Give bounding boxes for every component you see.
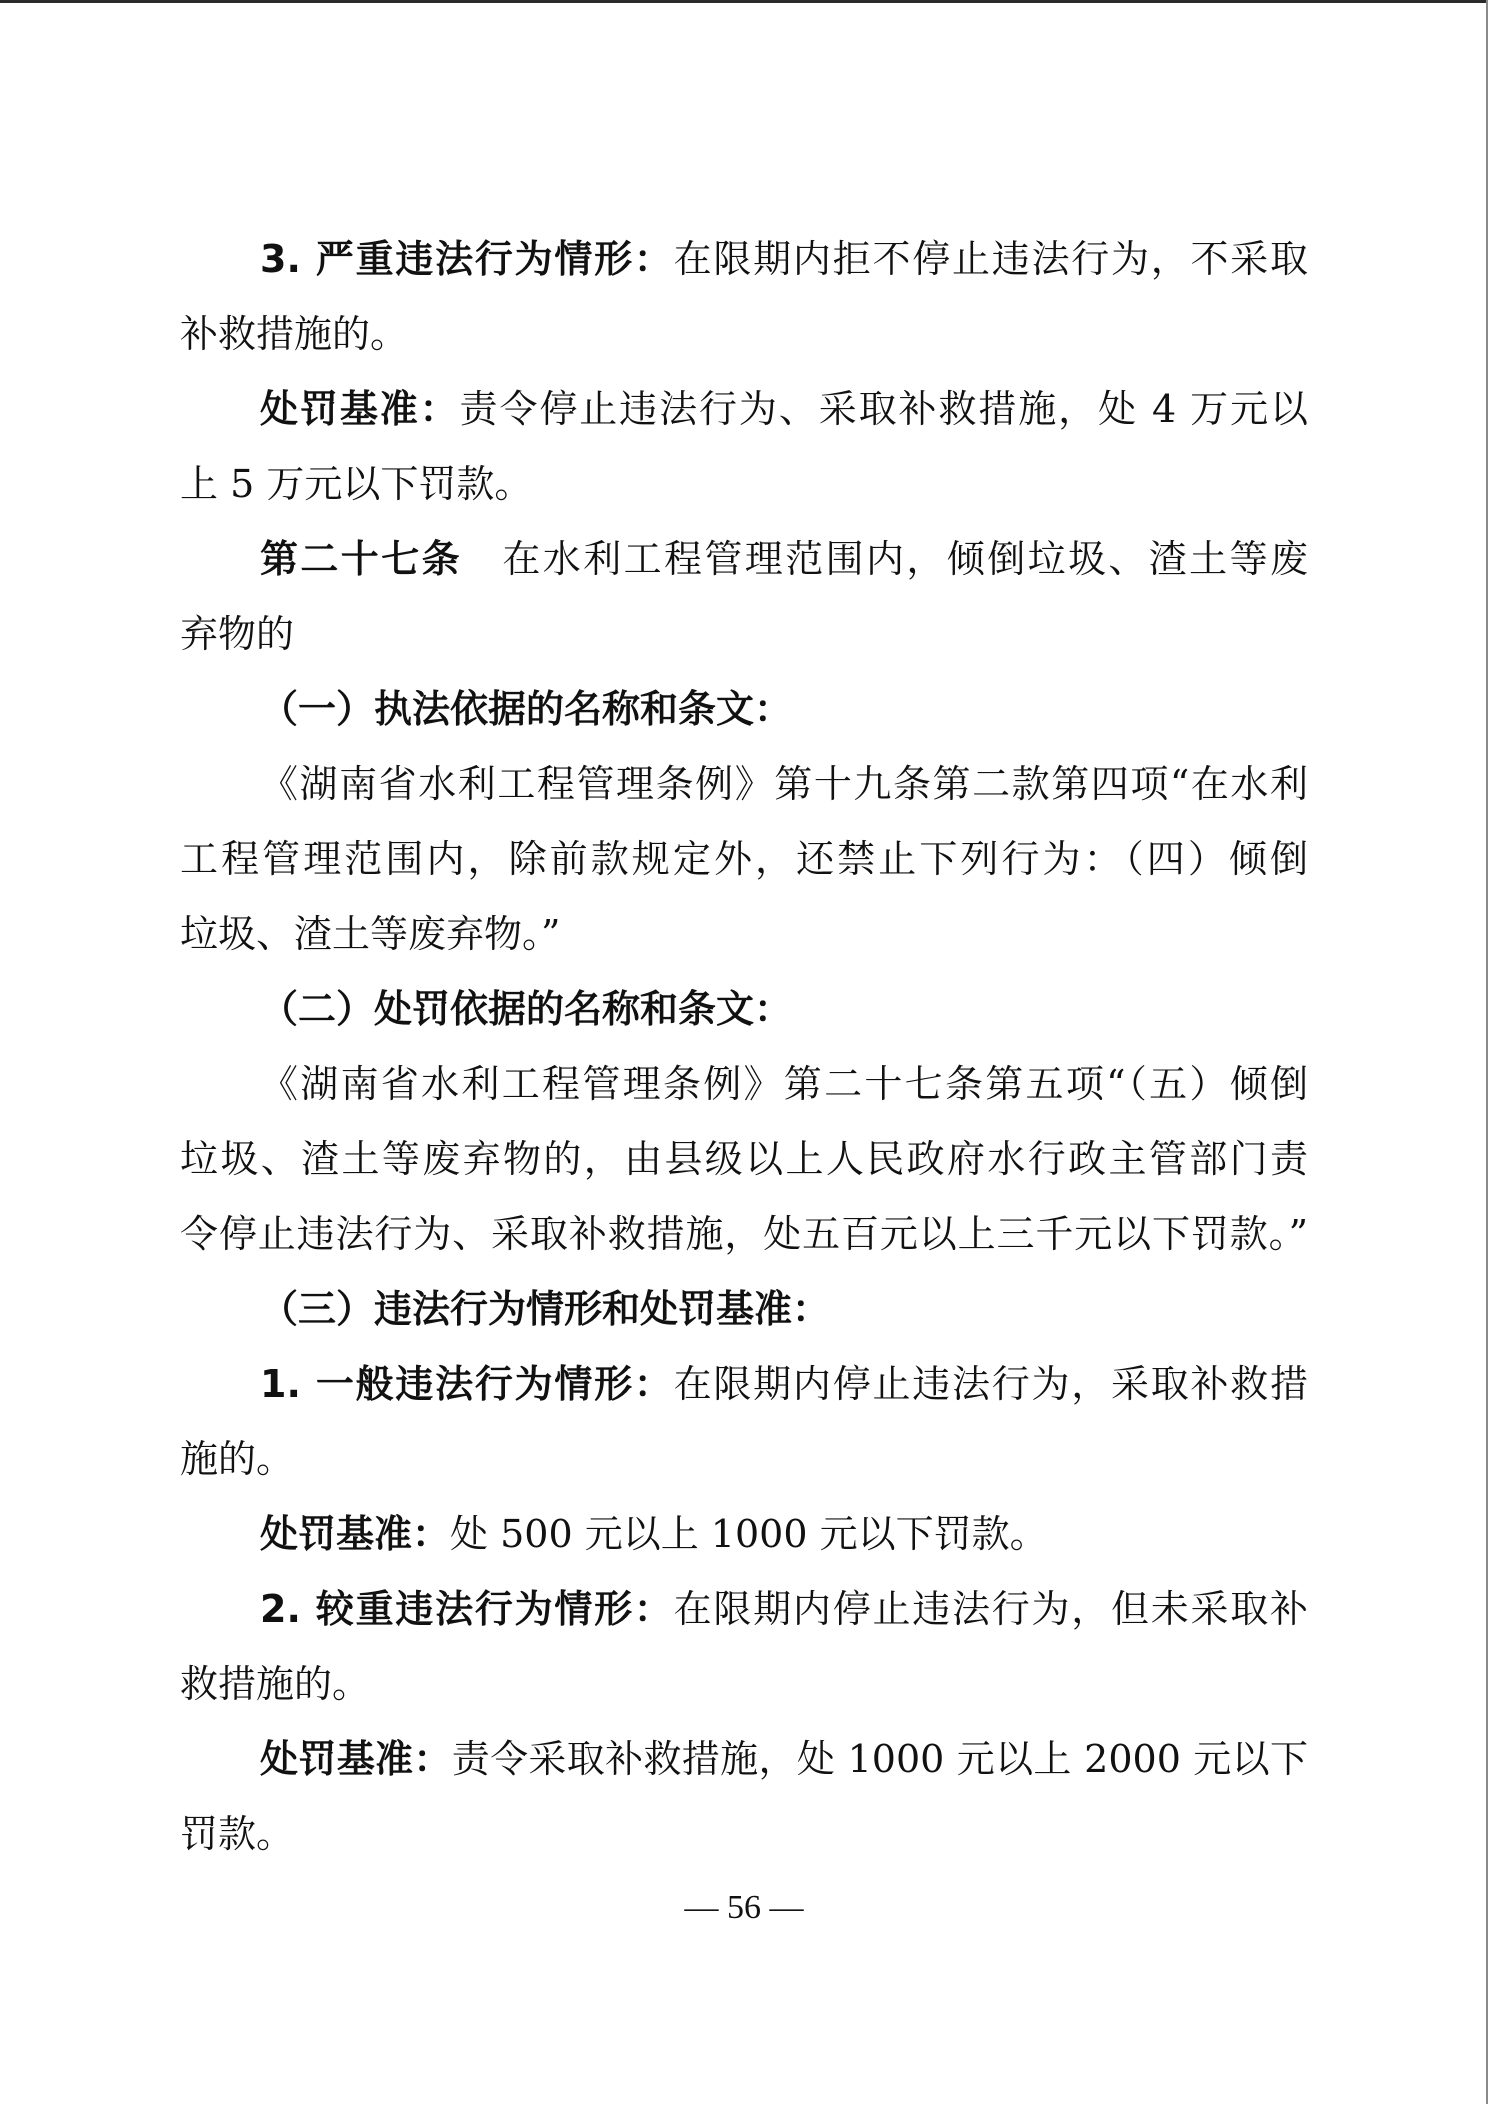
text-line: 处罚基准：责令采取补救措施，处 1000 元以上 2000 元以下	[180, 1722, 1308, 1797]
bold-lead: 处罚基准：	[260, 387, 460, 431]
line-text: 《湖南省水利工程管理条例》第十九条第二款第四项“在水利	[260, 762, 1308, 806]
line-text: 责令停止违法行为、采取补救措施，处 4 万元以	[460, 387, 1308, 431]
line-text: 弃物的	[180, 597, 294, 672]
line-text: 责令采取补救措施，处 1000 元以上 2000 元以下	[452, 1737, 1308, 1781]
line-text: 在水利工程管理范围内，倾倒垃圾、渣土等废	[502, 537, 1308, 581]
text-line: 1. 一般违法行为情形：在限期内停止违法行为，采取补救措	[180, 1347, 1308, 1422]
text-line: 上 5 万元以下罚款。	[180, 447, 1308, 522]
line-text: 垃圾、渣土等废弃物的，由县级以上人民政府水行政主管部门责	[180, 1137, 1308, 1181]
document-body: 3. 严重违法行为情形：在限期内拒不停止违法行为，不采取 补救措施的。 处罚基准…	[180, 222, 1308, 1872]
text-line: 垃圾、渣土等废弃物的，由县级以上人民政府水行政主管部门责	[180, 1122, 1308, 1197]
text-line: 救措施的。	[180, 1647, 1308, 1722]
line-text: 《湖南省水利工程管理条例》第二十七条第五项“（五）倾倒	[260, 1062, 1308, 1106]
line-text: 上 5 万元以下罚款。	[180, 447, 532, 522]
bold-lead: 处罚基准：	[260, 1737, 452, 1781]
text-line: 垃圾、渣土等废弃物。”	[180, 897, 1308, 972]
section-heading-text: （一）执法依据的名称和条文：	[260, 672, 792, 747]
bold-lead: 2. 较重违法行为情形：	[260, 1587, 674, 1631]
text-line: 2. 较重违法行为情形：在限期内停止违法行为，但未采取补	[180, 1572, 1308, 1647]
text-line: 处罚基准：处 500 元以上 1000 元以下罚款。	[180, 1497, 1308, 1572]
line-text: 工程管理范围内，除前款规定外，还禁止下列行为：（四）倾倒	[180, 837, 1308, 881]
text-line: 施的。	[180, 1422, 1308, 1497]
section-heading: （二）处罚依据的名称和条文：	[180, 972, 1308, 1047]
line-text: 罚款。	[180, 1797, 294, 1872]
section-heading-text: （二）处罚依据的名称和条文：	[260, 972, 792, 1047]
article-number: 第二十七条	[260, 537, 502, 581]
bold-lead: 处罚基准：	[260, 1497, 450, 1572]
line-text: 在限期内拒不停止违法行为，不采取	[674, 237, 1308, 281]
text-line: 3. 严重违法行为情形：在限期内拒不停止违法行为，不采取	[180, 222, 1308, 297]
article-heading-line: 第二十七条 在水利工程管理范围内，倾倒垃圾、渣土等废	[180, 522, 1308, 597]
text-line: 罚款。	[180, 1797, 1308, 1872]
line-text: 补救措施的。	[180, 297, 408, 372]
text-line: 工程管理范围内，除前款规定外，还禁止下列行为：（四）倾倒	[180, 822, 1308, 897]
section-heading: （三）违法行为情形和处罚基准：	[180, 1272, 1308, 1347]
text-line: 弃物的	[180, 597, 1308, 672]
line-text: 令停止违法行为、采取补救措施，处五百元以上三千元以下罚款。”	[180, 1212, 1308, 1256]
page-number: — 56 —	[0, 1880, 1488, 1936]
text-line: 《湖南省水利工程管理条例》第十九条第二款第四项“在水利	[180, 747, 1308, 822]
text-line: 处罚基准：责令停止违法行为、采取补救措施，处 4 万元以	[180, 372, 1308, 447]
line-text: 施的。	[180, 1422, 294, 1497]
section-heading-text: （三）违法行为情形和处罚基准：	[260, 1272, 830, 1347]
bold-lead: 3. 严重违法行为情形：	[260, 237, 674, 281]
line-text: 在限期内停止违法行为，但未采取补	[674, 1587, 1308, 1631]
text-line: 补救措施的。	[180, 297, 1308, 372]
text-line: 令停止违法行为、采取补救措施，处五百元以上三千元以下罚款。”	[180, 1197, 1308, 1272]
bold-lead: 1. 一般违法行为情形：	[260, 1362, 674, 1406]
page-border-top	[0, 0, 1488, 3]
line-text: 垃圾、渣土等废弃物。”	[180, 897, 560, 972]
line-text: 救措施的。	[180, 1647, 370, 1722]
section-heading: （一）执法依据的名称和条文：	[180, 672, 1308, 747]
text-line: 《湖南省水利工程管理条例》第二十七条第五项“（五）倾倒	[180, 1047, 1308, 1122]
line-text: 在限期内停止违法行为，采取补救措	[674, 1362, 1308, 1406]
line-text: 处 500 元以上 1000 元以下罚款。	[450, 1497, 1048, 1572]
